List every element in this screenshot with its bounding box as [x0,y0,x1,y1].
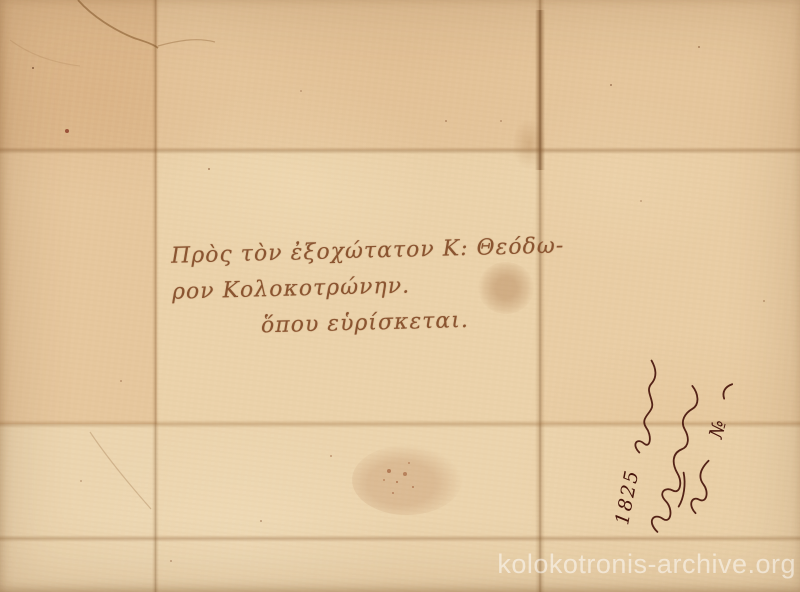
side-note-number-prefix: № [705,416,732,442]
fold-crease-horizontal-upper [0,147,800,154]
crack-top-left [78,0,158,48]
paper-facet-top [0,0,800,150]
archive-watermark: kolokotronis-archive.org [497,549,796,580]
handwritten-address: Πρὸς τὸν ἐξοχώτατον Κ: Θεόδω- ρον Κολοκο… [171,229,534,346]
side-note-flourish [722,383,732,400]
fold-smudge-stain [512,118,546,170]
paper-specks [0,0,2,2]
rust-stain-cluster [352,445,462,515]
side-note-date: 1825 [611,467,643,527]
fold-crease-vertical-left [152,0,159,592]
side-note-scrawl-4 [689,459,715,514]
handwritten-side-note: 1825 № [604,348,745,556]
paper-facet-bottom-left [0,424,157,592]
fold-crease-vertical-right [535,0,545,592]
crack-bottom-left-hairline [90,432,151,509]
side-note-scrawl-2 [649,385,705,535]
side-note-scrawl-3 [675,473,689,507]
crack-top-hairline [158,40,215,46]
paper-facet-left [0,0,157,592]
paper-facet-top-left [0,0,157,150]
side-note-scrawl-1 [628,361,670,455]
crack-faint-left [10,40,80,66]
letter-photograph: Πρὸς τὸν ἐξοχώτατον Κ: Θεόδω- ρον Κολοκο… [0,0,800,592]
